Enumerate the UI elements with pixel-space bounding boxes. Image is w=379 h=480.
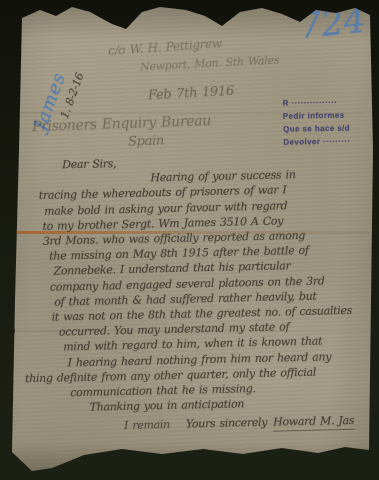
letter-body: Dear Sirs, Hearing of your success in tr… — [34, 150, 376, 436]
letter-date: Feb 7th 1916 — [148, 84, 235, 103]
photo-backdrop: 724 James 1. 8-2-16 R ··············· Pe… — [0, 0, 379, 480]
letter-paper: 724 James 1. 8-2-16 R ··············· Pe… — [0, 0, 379, 480]
archive-number: 724 — [297, 1, 368, 48]
paper-bottom-shading — [0, 442, 379, 472]
signature: Howard M. Jas — [273, 413, 354, 431]
processing-stamp: R ··············· Pedir informes Que se … — [283, 95, 372, 149]
letter-closing: I remain Yours sincerely Howard M. Jas — [40, 413, 376, 437]
ink-blot — [6, 326, 15, 338]
recipient-line2: Spain — [128, 133, 165, 149]
stamp-line: Devolver ········· — [283, 134, 371, 149]
closing-remain: I remain — [124, 417, 170, 433]
sender-address-line2: Newport, Mon. Sth Wales — [140, 53, 280, 73]
closing-yours-sincerely: Yours sincerely — [186, 415, 268, 432]
